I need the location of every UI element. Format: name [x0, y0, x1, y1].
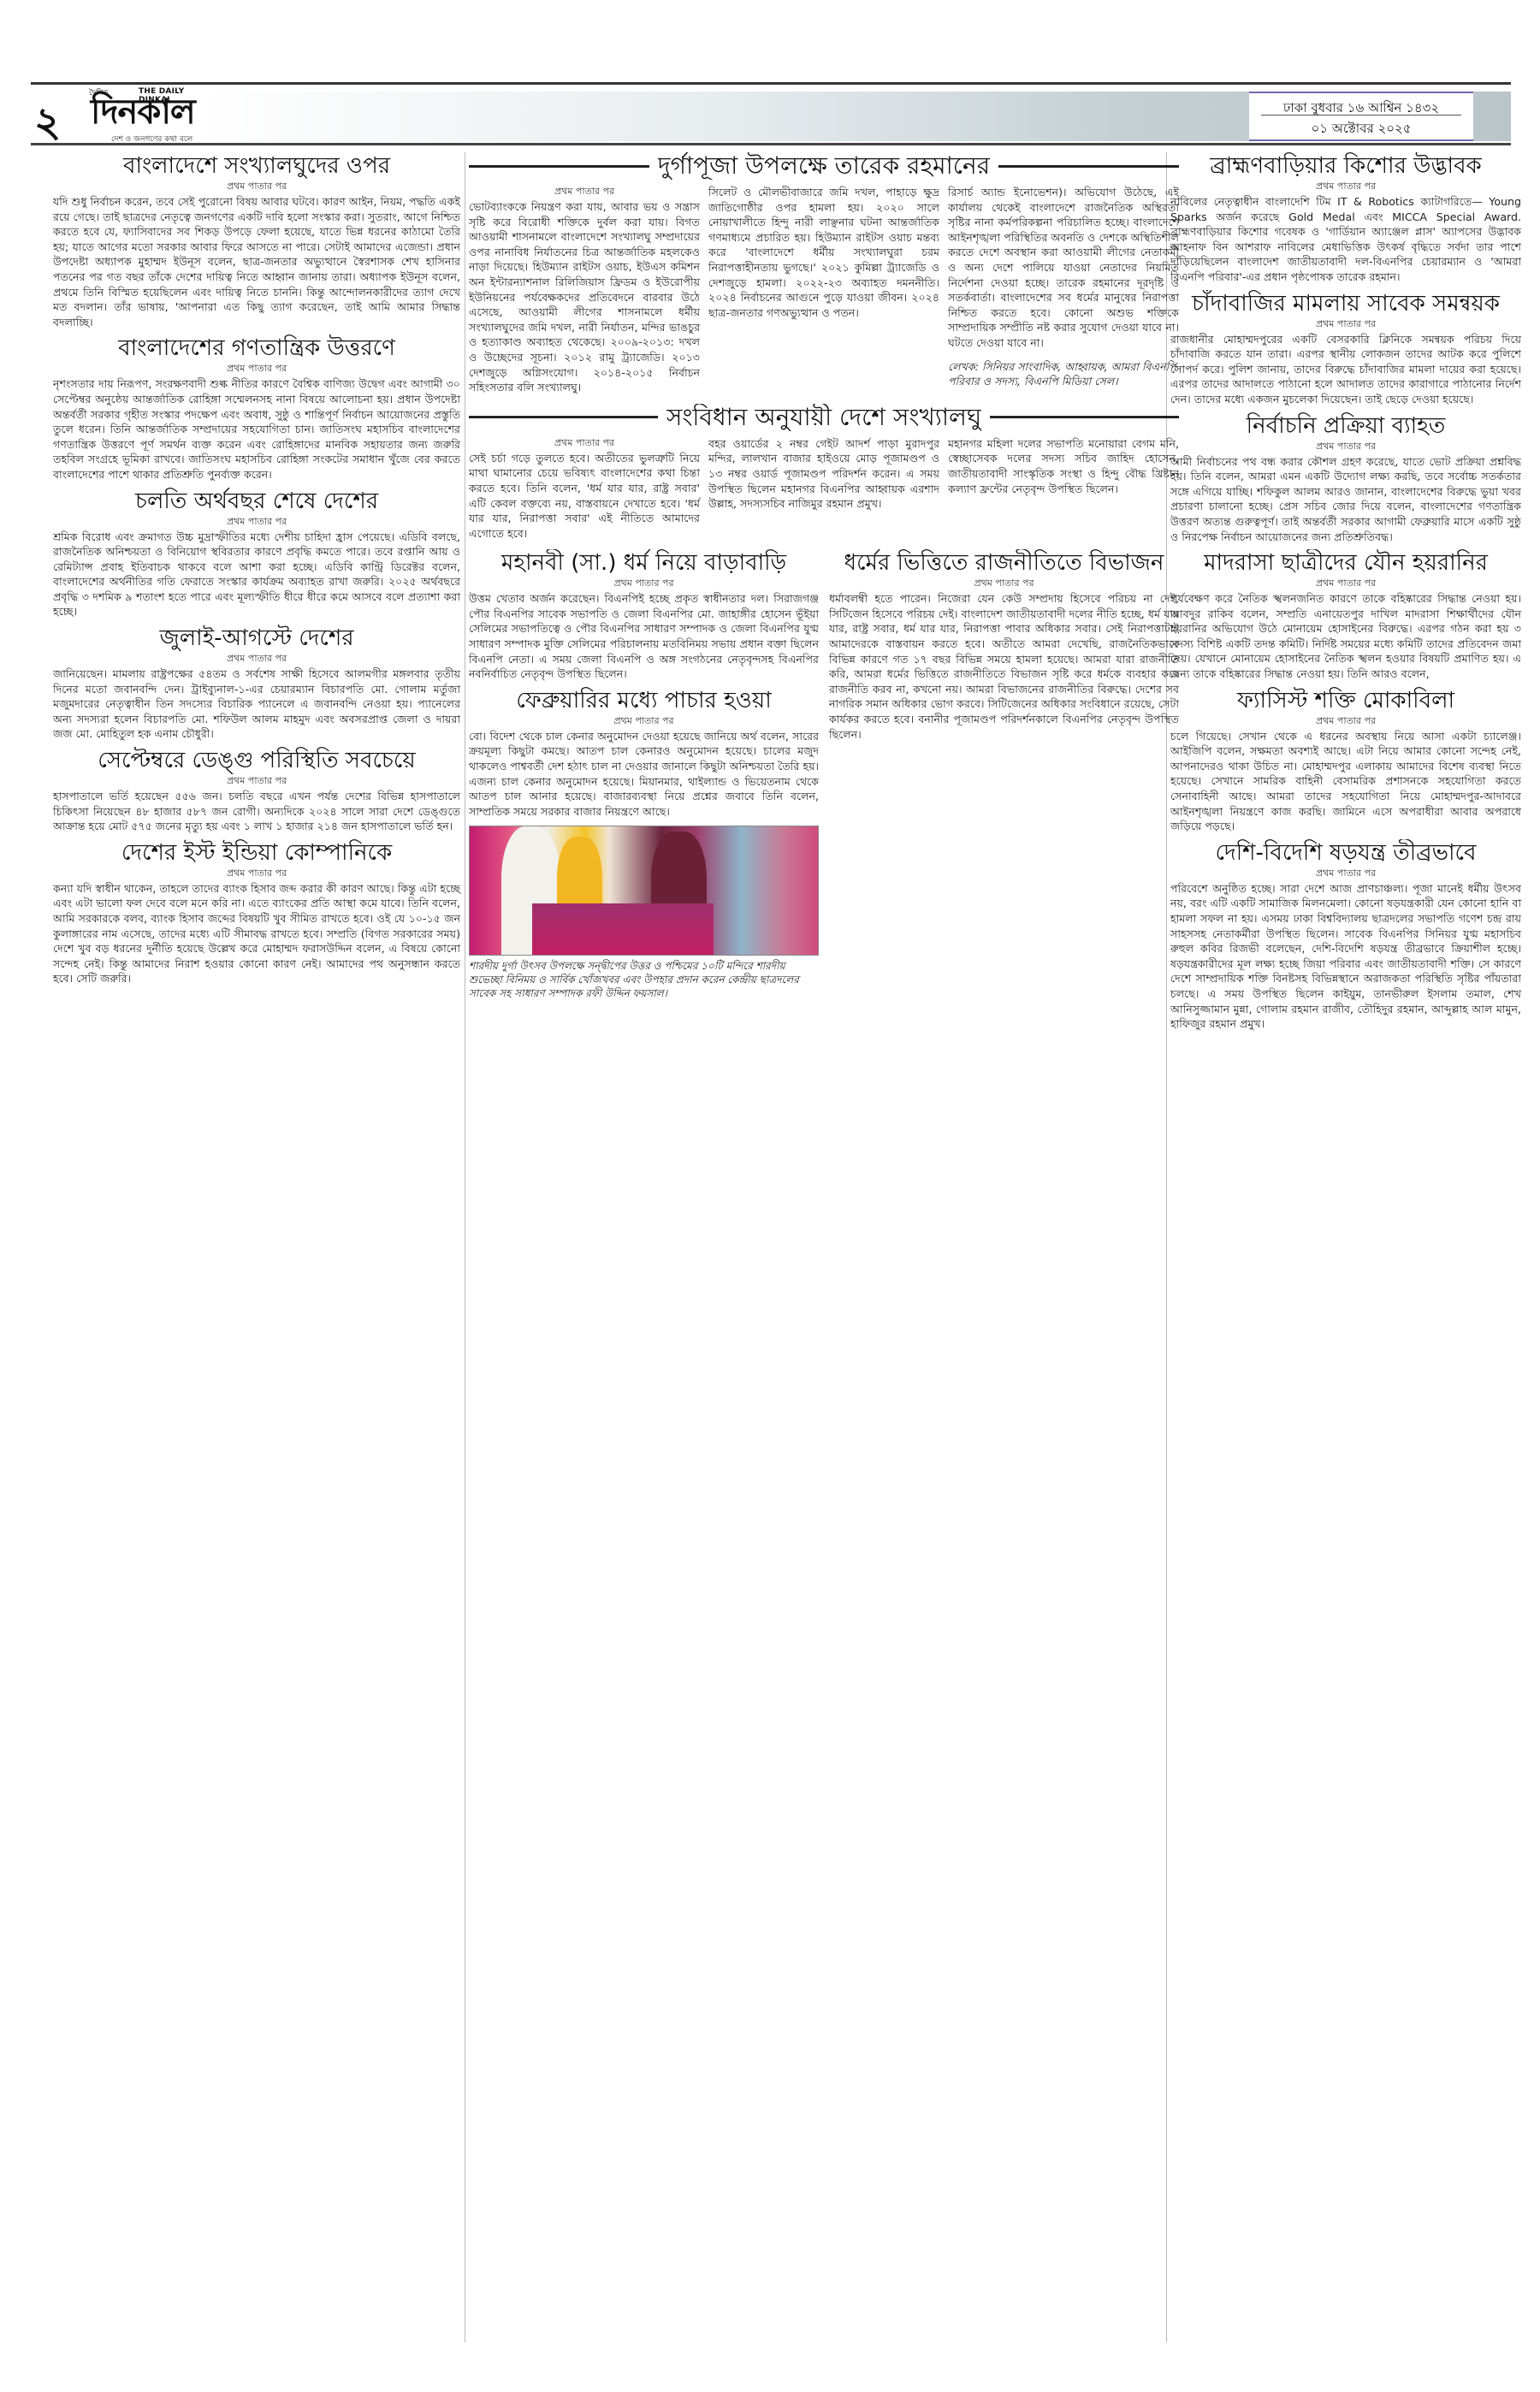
photo-table — [532, 903, 714, 955]
article-headline: দেশি-বিদেশি ষড়যন্ত্র তীব্রভাবে — [1170, 839, 1521, 867]
article-body: চলে গিয়েছে। সেখান থেকে এ ধরনের অবস্থায়… — [1170, 729, 1521, 834]
continued-label: প্রথম পাতার পর — [1170, 317, 1521, 330]
article-headline: সেপ্টেম্বরে ডেঙ্গু পরিস্থিতি সবচেয়ে — [53, 747, 460, 774]
continued-label: প্রথম পাতার পর — [53, 362, 460, 375]
continued-label: প্রথম পাতার পর — [469, 577, 819, 589]
article: বাংলাদেশের গণতান্ত্রিক উত্তরণে প্রথম পাত… — [53, 335, 460, 482]
article-body: রাজধানীর মোহাম্মদপুরের একটি বেসরকারি ক্ল… — [1170, 332, 1521, 407]
article-body: যদি শুধু নির্বাচন করেন, তবে সেই পুরোনো ব… — [53, 194, 460, 329]
continued-label: প্রথম পাতার পর — [1170, 440, 1521, 453]
date-box: ঢাকা বুধবার ১৬ আশ্বিন ১৪৩২ ০১ অক্টোবর ২০… — [1249, 92, 1473, 141]
news-photo — [469, 826, 819, 956]
masthead: ২ দৈনিক THE DAILY DINKAL দিনকাল দেশ ও জন… — [31, 82, 1511, 145]
article-headline: ফেব্রুয়ারির মধ্যে পাচার হওয়া — [469, 687, 819, 714]
continued-label: প্রথম পাতার পর — [1170, 714, 1521, 727]
article: ফ্যাসিস্ট শক্তি মোকাবিলা প্রথম পাতার পর … — [1170, 687, 1521, 834]
article-headline: জুলাই-আগস্টে দেশের — [53, 625, 460, 652]
article: চাঁদাবাজির মামলায় সাবেক সমন্বয়ক প্রথম … — [1170, 290, 1521, 407]
page-number: ২ — [34, 92, 61, 159]
headline-rule — [990, 416, 1179, 418]
article-headline: বাংলাদেশের গণতান্ত্রিক উত্তরণে — [53, 335, 460, 362]
headline-rule — [469, 165, 649, 168]
continued-label: প্রথম পাতার পর — [53, 180, 460, 192]
right-column: ব্রাহ্মণবাড়িয়ার কিশোর উদ্ভাবক প্রথম পা… — [1170, 152, 1521, 1037]
headline-bar: দুর্গাপূজা উপলক্ষে তারেক রহমানের — [469, 152, 1179, 180]
article-body: রিসার্চ অ্যান্ড ইনোভেশন)। অভিযোগ উঠেছে, … — [948, 185, 1179, 351]
left-column: বাংলাদেশে সংখ্যালঘুদের ওপর প্রথম পাতার প… — [53, 152, 460, 992]
article-headline: নির্বাচনি প্রক্রিয়া ব্যাহত — [1170, 412, 1521, 440]
author-byline: লেখক: সিনিয়র সাংবাদিক, আহ্বায়ক, আমরা ব… — [948, 359, 1179, 389]
article-headline: সংবিধান অনুযায়ী দেশে সংখ্যালঘু — [666, 404, 981, 431]
article: সেপ্টেম্বরে ডেঙ্গু পরিস্থিতি সবচেয়ে প্র… — [53, 747, 460, 834]
article-body: ধর্মাবলম্বী হতে পারেন। নিজেরা যেন কেউ সম… — [829, 591, 1179, 742]
continued-label: প্রথম পাতার পর — [469, 714, 819, 727]
article-body: বহর ওয়ার্ডের ২ নম্বর গেইট আদর্শ পাড়া ম… — [708, 436, 939, 542]
continued-label: প্রথম পাতার পর — [53, 515, 460, 528]
article: দেশি-বিদেশি ষড়যন্ত্র তীব্রভাবে প্রথম পা… — [1170, 839, 1521, 1032]
article-headline: মহানবী (সা.) ধর্ম নিয়ে বাড়াবাড়ি — [469, 549, 819, 577]
headline-rule — [469, 416, 658, 418]
article-body: উত্তম খেতাব অর্জন করেছেন। বিএনপিই হচ্ছে … — [469, 591, 819, 682]
article-body: সিলেট ও মৌলভীবাজারে জমি দখল, পাহাড়ে ক্ষ… — [708, 185, 939, 395]
article-body: বো। বিদেশ থেকে চাল কেনার অনুমোদন দেওয়া … — [469, 729, 819, 820]
headline-bar: সংবিধান অনুযায়ী দেশে সংখ্যালঘু — [469, 404, 1179, 431]
article: বাংলাদেশে সংখ্যালঘুদের ওপর প্রথম পাতার প… — [53, 152, 460, 329]
newspaper-logo: দৈনিক THE DAILY DINKAL দিনকাল দেশ ও জনগণ… — [89, 86, 200, 143]
center-column: দুর্গাপূজা উপলক্ষে তারেক রহমানের প্রথম প… — [469, 152, 1179, 1000]
photo-caption: শারদীয় দুর্গা উৎসব উপলক্ষে সন্দ্বীপের উ… — [469, 959, 819, 1000]
middle-story: সংবিধান অনুযায়ী দেশে সংখ্যালঘু প্রথম পা… — [469, 404, 1179, 542]
article-body: সেই চর্চা গড়ে তুলতে হবে। অতীতের ভুলত্রু… — [469, 451, 700, 542]
article-headline: চলতি অর্থবছর শেষে দেশের — [53, 488, 460, 515]
article-body: নাবিলের নেতৃত্বাধীন বাংলাদেশি টিম IT & R… — [1170, 194, 1521, 285]
article-body: মহানগর মহিলা দলের সভাপতি মনোয়ারা বেগম ম… — [948, 436, 1179, 542]
article-body: আমী নির্বাচনের পথ বন্ধ করার কৌশল গ্রহণ ক… — [1170, 454, 1521, 545]
article-headline: দুর্গাপূজা উপলক্ষে তারেক রহমানের — [658, 152, 990, 180]
article-body: ভোটব্যাংককে নিয়ন্ত্রণ করা যায়, আবার ভয… — [469, 199, 700, 395]
date-bangla: ঢাকা বুধবার ১৬ আশ্বিন ১৪৩২ — [1261, 93, 1461, 115]
article: মহানবী (সা.) ধর্ম নিয়ে বাড়াবাড়ি প্রথম… — [469, 549, 819, 682]
continued-label: প্রথম পাতার পর — [1170, 867, 1521, 879]
article: দেশের ইস্ট ইন্ডিয়া কোম্পানিকে প্রথম পাত… — [53, 839, 460, 986]
lower-left-stack: মহানবী (সা.) ধর্ম নিয়ে বাড়াবাড়ি প্রথম… — [469, 549, 819, 1000]
continued-label: প্রথম পাতার পর — [469, 436, 700, 449]
logo-name: দিনকাল — [91, 93, 195, 131]
article-body: নৃশংসতার দায় নিরূপণ, সংরক্ষণবাদী শুল্ক … — [53, 376, 460, 482]
continued-label: প্রথম পাতার পর — [53, 867, 460, 879]
article-headline: ধর্মের ভিত্তিতে রাজনীতিতে বিভাজন — [829, 549, 1179, 577]
article-body: জানিয়েছেন। মামলায় রাষ্ট্রপক্ষের ৫৪তম ও… — [53, 666, 460, 742]
article: জুলাই-আগস্টে দেশের প্রথম পাতার পর জানিয়… — [53, 625, 460, 742]
top-story: দুর্গাপূজা উপলক্ষে তারেক রহমানের প্রথম প… — [469, 152, 1179, 395]
continued-label: প্রথম পাতার পর — [469, 185, 700, 198]
article: ফেব্রুয়ারির মধ্যে পাচার হওয়া প্রথম পাত… — [469, 687, 819, 820]
continued-label: প্রথম পাতার পর — [53, 652, 460, 665]
logo-tagline: দেশ ও জনগণের কথা বলে — [111, 133, 192, 145]
article-columns: প্রথম পাতার পর সেই চর্চা গড়ে তুলতে হবে।… — [469, 436, 1179, 542]
article-headline: মাদরাসা ছাত্রীদের যৌন হয়রানির — [1170, 549, 1521, 577]
article-headline: ফ্যাসিস্ট শক্তি মোকাবিলা — [1170, 687, 1521, 714]
article-body: হাসপাতালে ভর্তি হয়েছেন ৫৫৬ জন। চলতি বছর… — [53, 789, 460, 834]
continued-label: প্রথম পাতার পর — [829, 577, 1179, 589]
article: মাদরাসা ছাত্রীদের যৌন হয়রানির প্রথম পাত… — [1170, 549, 1521, 682]
headline-rule — [998, 165, 1179, 168]
article-body: শ্রমিক বিরোধ এবং ক্রমাগত উচ্চ মুদ্রাস্ফী… — [53, 530, 460, 620]
article-body: পরিবেশে অনুষ্ঠিত হচ্ছে। সারা দেশে আজ প্র… — [1170, 881, 1521, 1032]
article-body: পর্যবেক্ষণ করে নৈতিক স্খলনজনিত কারণে তাক… — [1170, 591, 1521, 682]
article-body: কন্যা যদি স্বাধীন থাকেন, তাহলে তাদের ব্য… — [53, 881, 460, 986]
continued-label: প্রথম পাতার পর — [53, 774, 460, 787]
article: ধর্মের ভিত্তিতে রাজনীতিতে বিভাজন প্রথম প… — [829, 549, 1179, 995]
article-headline: বাংলাদেশে সংখ্যালঘুদের ওপর — [53, 152, 460, 180]
article: চলতি অর্থবছর শেষে দেশের প্রথম পাতার পর শ… — [53, 488, 460, 620]
continued-label: প্রথম পাতার পর — [1170, 180, 1521, 192]
lower-stories: মহানবী (সা.) ধর্ম নিয়ে বাড়াবাড়ি প্রথম… — [469, 549, 1179, 1000]
article-headline: দেশের ইস্ট ইন্ডিয়া কোম্পানিকে — [53, 839, 460, 867]
article-headline: ব্রাহ্মণবাড়িয়ার কিশোর উদ্ভাবক — [1170, 152, 1521, 180]
column-divider — [465, 152, 465, 2342]
continued-label: প্রথম পাতার পর — [1170, 577, 1521, 589]
article: নির্বাচনি প্রক্রিয়া ব্যাহত প্রথম পাতার … — [1170, 412, 1521, 545]
article-columns: প্রথম পাতার পর ভোটব্যাংককে নিয়ন্ত্রণ কর… — [469, 185, 1179, 395]
article: ব্রাহ্মণবাড়িয়ার কিশোর উদ্ভাবক প্রথম পা… — [1170, 152, 1521, 285]
article-headline: চাঁদাবাজির মামলায় সাবেক সমন্বয়ক — [1170, 290, 1521, 317]
